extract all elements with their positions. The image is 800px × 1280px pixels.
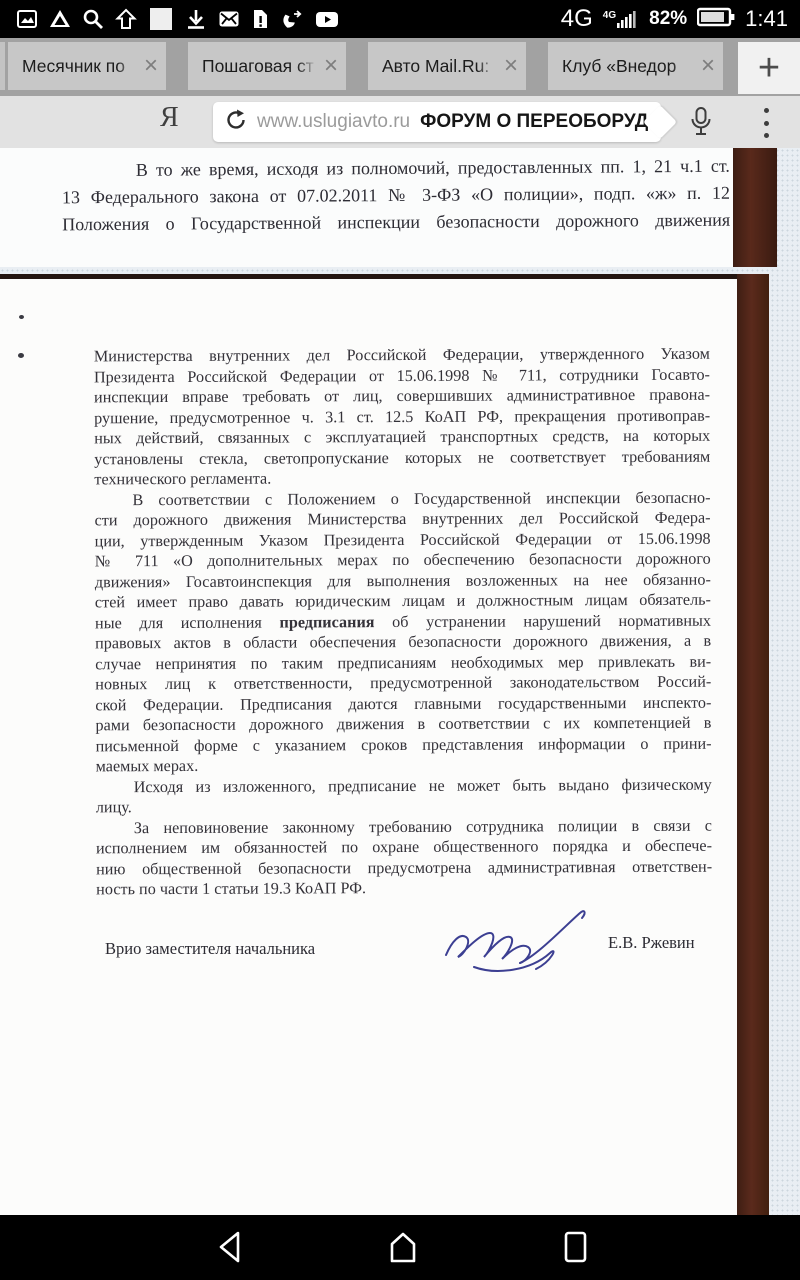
battery-icon — [697, 6, 735, 33]
document-line: случае непринятия по таким предписаниям … — [95, 651, 711, 674]
document-line: ных действий, связанных с эксплуатацией … — [94, 426, 710, 449]
upload-icon — [115, 8, 137, 30]
tab-label: Авто Mail.Ru: — [382, 56, 498, 77]
document-line: Президента Российской Федерации от 15.06… — [94, 364, 710, 387]
drive-icon — [49, 8, 71, 30]
ink-mark — [19, 315, 24, 319]
document-line: стей имеет право давать юридическим лица… — [95, 590, 711, 613]
document-line: Министерства внутренних дел Российской Ф… — [94, 344, 710, 367]
search-icon — [82, 8, 104, 30]
signer-role: Врио заместителя начальника — [105, 939, 315, 959]
document-line: Исходя из изложенного, предписание не мо… — [96, 774, 712, 797]
tab-2[interactable]: Пошаговая ст × — [188, 42, 346, 90]
close-icon[interactable]: × — [498, 54, 518, 78]
signer-name: Е.В. Ржевин — [608, 933, 695, 953]
document-line: рами безопасности дорожного движения в с… — [95, 713, 711, 736]
partial-tab[interactable] — [0, 42, 5, 90]
clock: 1:41 — [745, 6, 788, 32]
document-line: установлены стекла, светопропускание кот… — [94, 446, 710, 469]
signal-indicator: 4G — [603, 9, 639, 29]
document-line: Положения о Государственной инспекции бе… — [62, 207, 730, 239]
recents-button[interactable] — [560, 1229, 590, 1270]
gallery-icon — [16, 8, 38, 30]
yandex-logo[interactable]: Я — [160, 102, 179, 134]
new-tab-button[interactable]: + — [738, 42, 800, 94]
notification-icons — [0, 7, 339, 31]
battery-percent: 82% — [649, 8, 687, 30]
refresh-icon[interactable] — [225, 109, 247, 136]
document-line: В соответствии с Положением о Государств… — [94, 487, 710, 510]
home-button[interactable] — [386, 1229, 420, 1270]
document-line: сти дорожного движения Министерства внут… — [95, 508, 711, 531]
signature-image — [438, 903, 588, 988]
document-line: правовых актов в области обеспечения без… — [95, 631, 711, 654]
document-page: Министерства внутренних дел Российской Ф… — [0, 274, 737, 1215]
download-icon — [185, 8, 207, 30]
document-text: Министерства внутренних дел Российской Ф… — [94, 344, 712, 900]
tab-label: Пошаговая ст — [202, 56, 318, 77]
signal-bars-icon — [617, 9, 639, 29]
wood-background-strip — [737, 274, 769, 1215]
square-icon — [148, 7, 174, 31]
wood-background-strip — [733, 148, 777, 267]
document-line: движения» Госавтоинспекция для выполнени… — [95, 569, 711, 592]
signature-row: Врио заместителя начальника Е.В. Ржевин — [0, 917, 737, 1007]
sim-alert-icon — [251, 8, 269, 30]
call-icon — [280, 8, 304, 30]
document-line: письменной форме с указанием сроков пред… — [95, 733, 711, 756]
gmail-icon — [218, 8, 240, 30]
document-line: маемых мерах. — [96, 754, 712, 777]
tab-bar: Месячник по × Пошаговая ст × Авто Mail.R… — [0, 38, 800, 96]
document-line: исполнением им обязанностей по охране об… — [96, 836, 712, 859]
close-icon[interactable]: × — [138, 54, 158, 78]
fragment-text: В то же время, исходя из полномочий, пре… — [62, 153, 731, 239]
document-line: ской Федерации. Предписания даются главн… — [95, 692, 711, 715]
tab-label: Месячник по — [22, 56, 138, 77]
tab-label: Клуб «Внедор — [562, 56, 695, 77]
document-line: ции, утвержденным Указом Президента Росс… — [95, 528, 711, 551]
page-title: ФОРУМ О ПЕРЕОБОРУД… — [420, 111, 655, 133]
document-line: За неповиновение законному требованию со… — [96, 815, 712, 838]
document-line: нию общественной безопасности предусмотр… — [96, 856, 712, 879]
ink-mark — [18, 353, 24, 358]
navigation-bar — [0, 1215, 800, 1280]
url-text: www.uslugiavto.ru — [257, 111, 410, 133]
document-line: новных лиц к ответственности, предусмотр… — [95, 672, 711, 695]
tab-4[interactable]: Клуб «Внедор × — [548, 42, 723, 90]
document-line: № 711 «О дополнительных мерах по обеспеч… — [95, 549, 711, 572]
url-field[interactable]: www.uslugiavto.ru ФОРУМ О ПЕРЕОБОРУД… — [213, 102, 661, 142]
status-bar: 4G 4G 82% 1:41 — [0, 0, 800, 38]
bold-term: предписания — [279, 613, 374, 631]
tab-3[interactable]: Авто Mail.Ru: × — [368, 42, 526, 90]
menu-icon[interactable] — [760, 108, 772, 138]
screen: 4G 4G 82% 1:41 Месячник по × Пошаговая с… — [0, 0, 800, 1280]
tab-1[interactable]: Месячник по × — [8, 42, 166, 90]
address-bar: Я www.uslugiavto.ru ФОРУМ О ПЕРЕОБОРУД… — [0, 96, 800, 148]
document-line: ность по части 1 статьи 19.3 КоАП РФ. — [96, 877, 712, 900]
document-fragment-page: В то же время, исходя из полномочий, пре… — [0, 148, 733, 267]
document-line: ные для исполнения предписания об устран… — [95, 610, 711, 633]
document-line: технического регламента. — [94, 467, 710, 490]
microphone-icon[interactable] — [688, 106, 714, 143]
plus-icon: + — [758, 47, 780, 90]
close-icon[interactable]: × — [318, 54, 338, 78]
close-icon[interactable]: × — [695, 54, 715, 78]
document-line: лицу. — [96, 795, 712, 818]
youtube-icon — [315, 8, 339, 30]
page-content[interactable]: В то же время, исходя из полномочий, пре… — [0, 148, 800, 1215]
network-type: 4G — [561, 5, 593, 33]
back-button[interactable] — [214, 1229, 244, 1270]
document-line: инспекции вправе требовать от лиц, совер… — [94, 385, 710, 408]
document-line: рушение, предусмотренное ч. 3.1 ст. 12.5… — [94, 405, 710, 428]
